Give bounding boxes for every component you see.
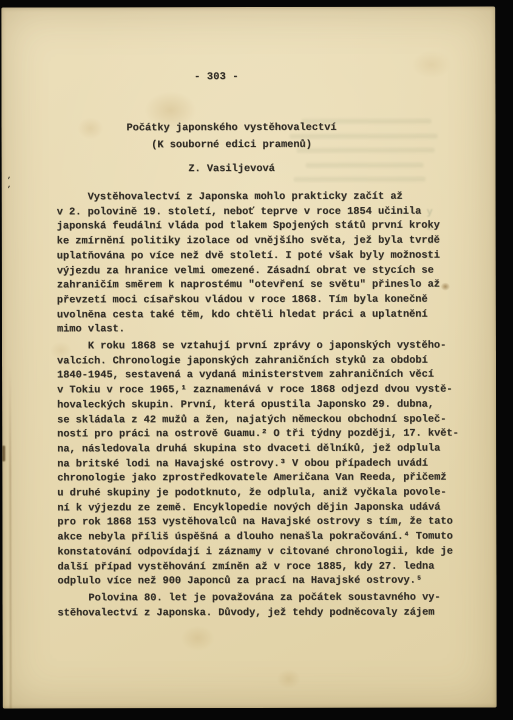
author-name: Z. Vasiljevová: [57, 163, 407, 176]
paper-stain: [181, 625, 215, 651]
page-number: - 303 -: [56, 71, 376, 84]
margin-ink-mark: ’ ’: [7, 176, 12, 194]
article-title-line2: (K souborné edici pramenů): [57, 136, 407, 153]
paper-stain: [277, 669, 301, 689]
show-through-mark: [294, 177, 426, 182]
document-page: y ž i ě ’ ’ - 303 - Počátky japonského v…: [1, 6, 496, 708]
edge-ink-smudge: [2, 446, 5, 462]
scanned-document-screenshot: { "page": { "number_label": "- 303 -", "…: [0, 0, 513, 720]
paragraph-1: Vystěhovalectví z Japonska mohlo praktic…: [57, 190, 469, 338]
scanner-background: y ž i ě ’ ’ - 303 - Počátky japonského v…: [0, 0, 513, 720]
article-title-line1: Počátky japonského vystěhovalectví: [57, 120, 407, 137]
article-title: Počátky japonského vystěhovalectví (K so…: [57, 120, 407, 154]
article-body: Vystěhovalectví z Japonska mohlo praktic…: [57, 190, 470, 623]
paragraph-3: Polovina 80. let je považována za počáte…: [57, 591, 469, 621]
paper-stain: [411, 51, 451, 79]
paper-crease: [9, 367, 12, 708]
paragraph-2: K roku 1868 se vztahují první zprávy o j…: [57, 339, 470, 590]
